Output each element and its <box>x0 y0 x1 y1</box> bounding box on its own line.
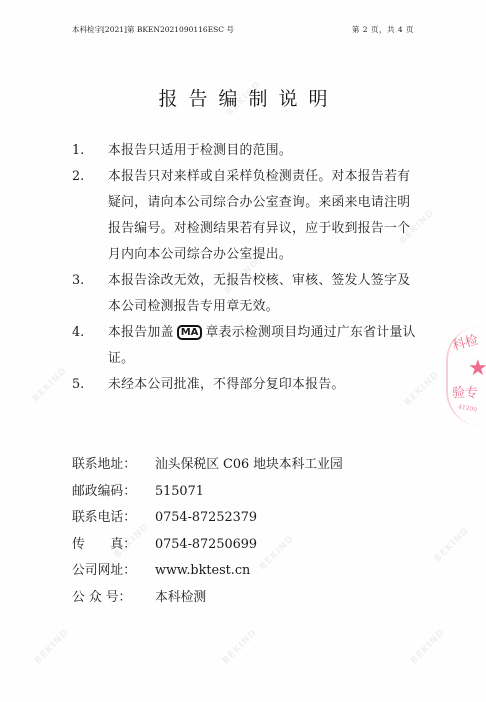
contact-value: 本科检测 <box>155 590 206 605</box>
note-text: 本报告只对来样或自采样负检测责任。对本报告若有疑问，请向本公司综合办公室查询。来… <box>108 164 417 268</box>
note-text: 本报告只适用于检测目的范围。 <box>108 138 417 164</box>
contact-label: 联系地址： <box>72 452 155 479</box>
contact-postcode: 邮政编码：515071 <box>72 479 343 506</box>
watermark: BEKIND <box>33 628 71 666</box>
note-item: 5. 未经本公司批准，不得部分复印本报告。 <box>72 372 417 398</box>
contact-value: 汕头保税区 C06 地块本科工业园 <box>155 457 343 472</box>
contact-phone: 联系电话：0754-87252379 <box>72 505 343 532</box>
official-seal: 科检 ★ 验专 41200 <box>452 330 486 426</box>
note-text-before: 本报告加盖 <box>108 325 174 340</box>
page-title: 报告编制说明 <box>0 84 486 111</box>
note-number: 4. <box>72 320 102 346</box>
page-indicator: 第 2 页，共 4 页 <box>352 24 414 35</box>
contact-website: 公司网址：www.bktest.cn <box>72 558 343 585</box>
contact-value: 515071 <box>155 484 204 499</box>
contact-value: 0754-87250699 <box>155 537 257 552</box>
notes-list: 1. 本报告只适用于检测目的范围。 2. 本报告只对来样或自采样负检测责任。对本… <box>72 138 417 398</box>
note-number: 3. <box>72 268 102 294</box>
note-item: 3. 本报告涂改无效，无报告校核、审核、签发人签字及本公司检测报告专用章无效。 <box>72 268 417 320</box>
contact-wechat: 公 众 号：本科检测 <box>72 585 343 612</box>
document-page: BEKIND BEKIND BEKIND BEKIND BEKIND BEKIN… <box>0 0 486 702</box>
contact-value: 0754-87252379 <box>155 510 257 525</box>
watermark: BEKIND <box>433 526 471 564</box>
note-number: 1. <box>72 138 102 164</box>
contact-label: 联系电话： <box>72 505 155 532</box>
contact-label: 公司网址： <box>72 558 155 585</box>
seal-bottom-text: 验专 <box>452 382 478 401</box>
note-number: 5. <box>72 372 102 398</box>
star-icon: ★ <box>468 356 486 381</box>
contact-info: 联系地址：汕头保税区 C06 地块本科工业园 邮政编码：515071 联系电话：… <box>72 452 343 611</box>
watermark: BEKIND <box>221 628 259 666</box>
watermark: BEKIND <box>409 628 447 666</box>
note-text: 本报告加盖MA章表示检测项目均通过广东省计量认证。 <box>108 320 417 372</box>
note-text: 本报告涂改无效，无报告校核、审核、签发人签字及本公司检测报告专用章无效。 <box>108 268 417 320</box>
note-item: 4. 本报告加盖MA章表示检测项目均通过广东省计量认证。 <box>72 320 417 372</box>
contact-fax: 传 真：0754-87250699 <box>72 532 343 559</box>
contact-address: 联系地址：汕头保税区 C06 地块本科工业园 <box>72 452 343 479</box>
report-number: 本科检字[2021]第 BKEN2021090116ESC 号 <box>72 24 234 35</box>
contact-label: 公 众 号： <box>72 585 155 612</box>
watermark: BEKIND <box>31 366 69 404</box>
contact-label: 邮政编码： <box>72 479 155 506</box>
note-item: 2. 本报告只对来样或自采样负检测责任。对本报告若有疑问，请向本公司综合办公室查… <box>72 164 417 268</box>
note-item: 1. 本报告只适用于检测目的范围。 <box>72 138 417 164</box>
cma-badge-icon: MA <box>177 325 203 340</box>
note-text: 未经本公司批准，不得部分复印本报告。 <box>108 372 417 398</box>
note-number: 2. <box>72 164 102 190</box>
contact-value: www.bktest.cn <box>155 563 250 578</box>
contact-label: 传 真： <box>72 532 155 559</box>
